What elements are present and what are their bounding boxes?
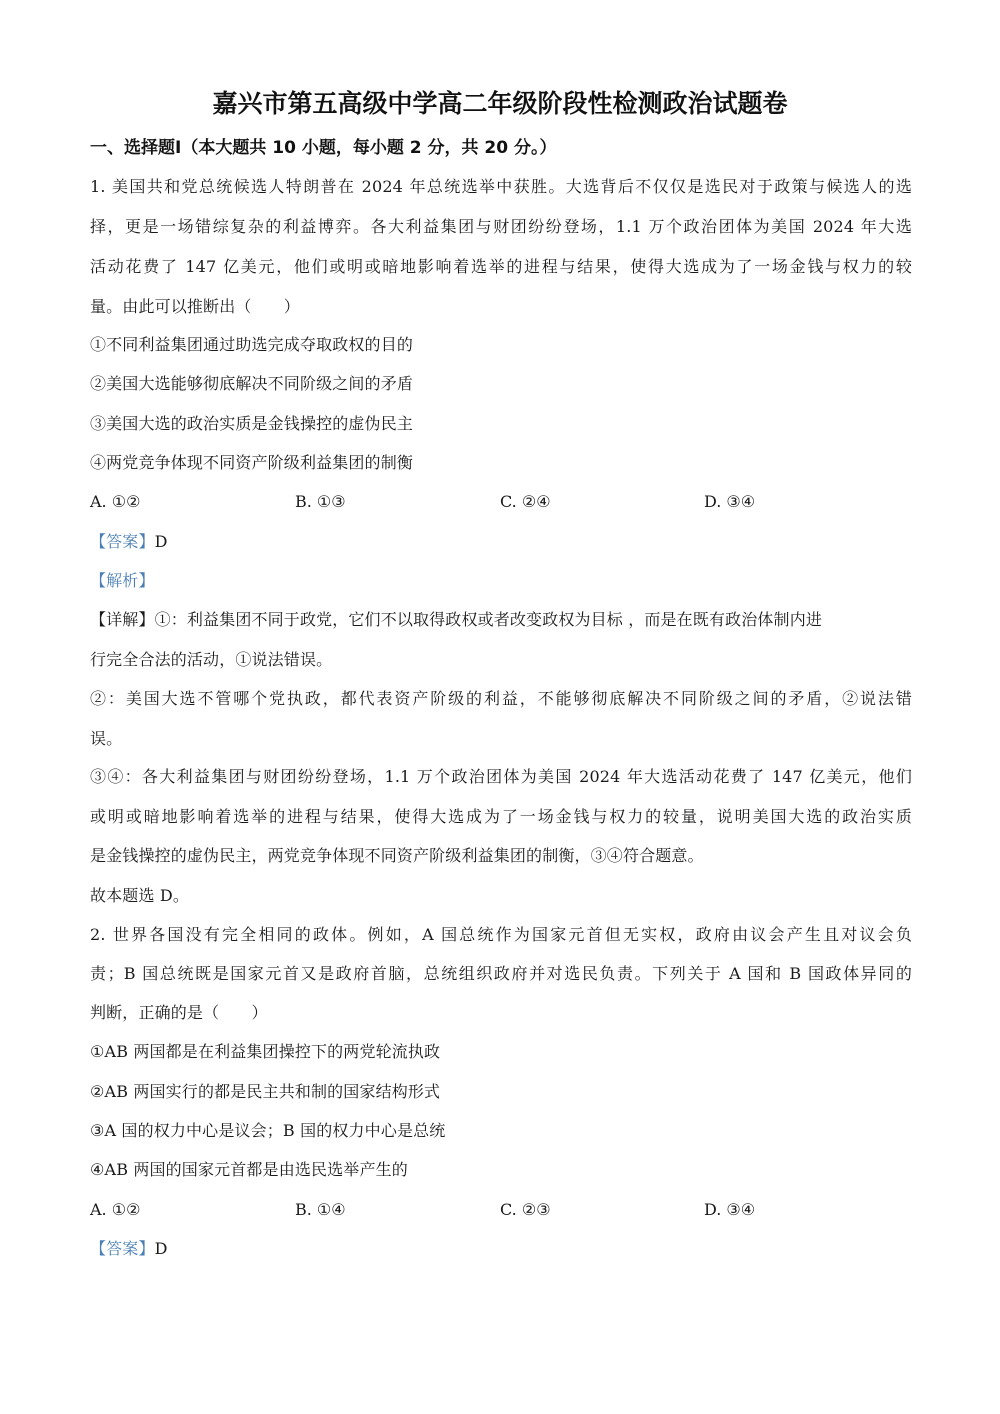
statement-item: ①不同利益集团通过助选完成夺取政权的目的 xyxy=(90,333,912,357)
question-stem-line: 择，更是一场错综复杂的利益博弈。各大利益集团与财团纷纷登场，1.1 万个政治团体… xyxy=(90,215,912,239)
question-stem-line: 2. 世界各国没有完全相同的政体。例如，A 国总统作为国家元首但无实权，政府由议… xyxy=(90,923,912,947)
detail-line: 【详解】①：利益集团不同于政党，它们不以取得政权或者改变政权为目标 ，而是在既有… xyxy=(90,608,912,632)
answer-line: 【答案】D xyxy=(90,1237,912,1261)
detail-line: ②：美国大选不管哪个党执政，都代表资产阶级的利益，不能够彻底解决不同阶级之间的矛… xyxy=(90,687,912,711)
detail-line: 或明或暗地影响着选举的进程与结果，使得大选成为了一场金钱与权力的较量，说明美国大… xyxy=(90,805,912,829)
analysis-line: 【解析】 xyxy=(90,569,912,593)
question-stem-line: 责；B 国总统既是国家元首又是政府首脑，总统组织政府并对选民负责。下列关于 A … xyxy=(90,962,912,986)
question-stem-line: 判断，正确的是（ ） xyxy=(90,1001,912,1025)
detail-line: 行完全合法的活动，①说法错误。 xyxy=(90,648,912,672)
question-stem-line: 1. 美国共和党总统候选人特朗普在 2024 年总统选举中获胜。大选背后不仅仅是… xyxy=(90,175,912,199)
detail-line: 故本题选 D。 xyxy=(90,884,912,908)
detail-line: ③④：各大利益集团与财团纷纷登场，1.1 万个政治团体为美国 2024 年大选活… xyxy=(90,765,912,789)
statement-item: ②AB 两国实行的都是民主共和制的国家结构形式 xyxy=(90,1080,912,1104)
answer-tag: 【答案】 xyxy=(90,1239,155,1258)
statement-item: ③A 国的权力中心是议会；B 国的权力中心是总统 xyxy=(90,1119,912,1143)
statement-item: ④AB 两国的国家元首都是由选民选举产生的 xyxy=(90,1158,912,1182)
detail-tag: 【详解】 xyxy=(90,610,155,629)
statement-item: ④两党竞争体现不同资产阶级利益集团的制衡 xyxy=(90,451,912,475)
option-d: D. ③④ xyxy=(704,490,755,514)
analysis-tag: 【解析】 xyxy=(90,571,155,590)
option-a: A. ①② xyxy=(90,1198,140,1222)
option-b: B. ①③ xyxy=(295,490,346,514)
answer-line: 【答案】D xyxy=(90,530,912,554)
detail-line: 是金钱操控的虚伪民主，两党竞争体现不同资产阶级利益集团的制衡，③④符合题意。 xyxy=(90,844,912,868)
document-page: 嘉兴市第五高级中学高二年级阶段性检测政治试题卷 一、选择题Ⅰ（本大题共 10 小… xyxy=(0,0,1000,1414)
options-row: A. ①② B. ①③ C. ②④ D. ③④ xyxy=(90,490,912,514)
statement-item: ③美国大选的政治实质是金钱操控的虚伪民主 xyxy=(90,412,912,436)
question-stem-line: 量。由此可以推断出（ ） xyxy=(90,295,912,319)
statement-item: ②美国大选能够彻底解决不同阶级之间的矛盾 xyxy=(90,372,912,396)
detail-line: 误。 xyxy=(90,727,912,751)
option-a: A. ①② xyxy=(90,490,140,514)
option-d: D. ③④ xyxy=(704,1198,755,1222)
section-heading: 一、选择题Ⅰ（本大题共 10 小题，每小题 2 分，共 20 分。） xyxy=(90,134,556,162)
options-row: A. ①② B. ①④ C. ②③ D. ③④ xyxy=(90,1198,912,1222)
question-stem-line: 活动花费了 147 亿美元，他们或明或暗地影响着选举的进程与结果，使得大选成为了… xyxy=(90,255,912,279)
answer-tag: 【答案】 xyxy=(90,532,155,551)
answer-value: D xyxy=(155,532,168,551)
option-b: B. ①④ xyxy=(295,1198,346,1222)
option-c: C. ②③ xyxy=(500,1198,551,1222)
page-title: 嘉兴市第五高级中学高二年级阶段性检测政治试题卷 xyxy=(0,86,1000,122)
detail-text: ①：利益集团不同于政党，它们不以取得政权或者改变政权为目标 ，而是在既有政治体制… xyxy=(155,610,822,629)
statement-item: ①AB 两国都是在利益集团操控下的两党轮流执政 xyxy=(90,1040,912,1064)
answer-value: D xyxy=(155,1239,168,1258)
option-c: C. ②④ xyxy=(500,490,551,514)
